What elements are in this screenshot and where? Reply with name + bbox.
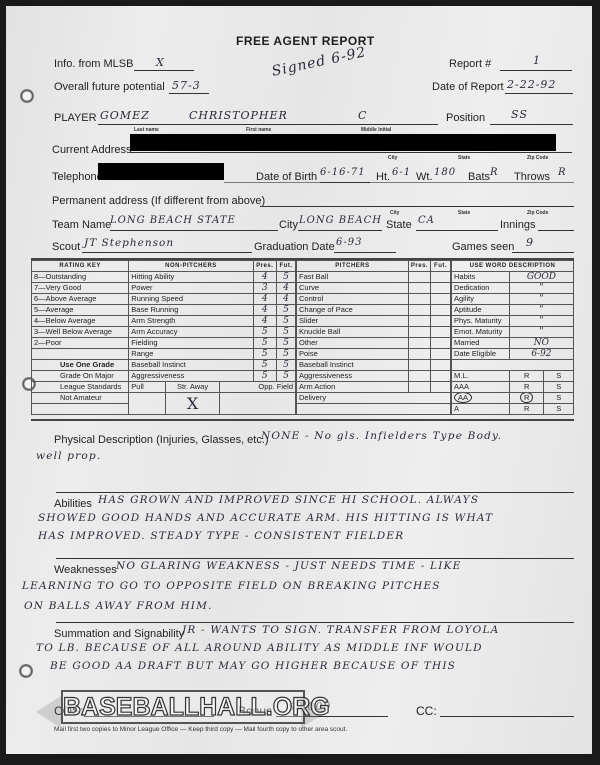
games-seen-label: Games seen (452, 241, 514, 253)
signed-note: Signed 6-92 (270, 44, 367, 80)
state-value: CA (418, 215, 435, 226)
punch-hole (19, 664, 33, 678)
caption-zip: Zip Code (527, 155, 548, 161)
table-row: HabitsGOOD (452, 272, 574, 283)
games-seen-value: 9 (526, 236, 534, 249)
table-bottom-rule (31, 419, 574, 421)
player-middle-initial: C (358, 109, 367, 122)
table-row: Agility" (452, 294, 574, 305)
nonpitchers-table: RATING KEY NON-PITCHERS Pres. Fut. 8—Out… (31, 260, 296, 415)
pull-label: Pull (129, 382, 166, 393)
weaknesses-line: ON BALLS AWAY FROM HIM. (24, 600, 213, 612)
table-row: Range55 (32, 349, 296, 360)
report-number-label: Report # (449, 58, 491, 70)
player-first-name: CHRISTOPHER (189, 109, 288, 122)
team-name-value: LONG BEACH STATE (110, 215, 236, 226)
level-row-circled: AARS (452, 393, 574, 404)
table-row: Control (297, 294, 451, 305)
table-row: MarriedNO (452, 338, 574, 349)
physical-description-label: Physical Description (Injuries, Glasses,… (54, 434, 269, 446)
position-label: Position (446, 112, 485, 124)
report-number-value: 1 (533, 54, 541, 67)
word-description-header: USE WORD DESCRIPTION (452, 261, 574, 272)
table-row: Delivery (297, 393, 451, 404)
table-row: Aptitude" (452, 305, 574, 316)
summation-line: JR - WANTS TO SIGN. TRANSFER FROM LOYOLA (182, 624, 499, 636)
word-description-table: USE WORD DESCRIPTION HabitsGOOD Dedicati… (451, 260, 574, 415)
redaction-telephone (98, 163, 224, 180)
caption-city: City (390, 210, 399, 216)
date-of-report-label: Date of Report (432, 81, 504, 93)
info-mlsb-label: Info. from MLSB (54, 58, 133, 70)
current-address-label: Current Address (52, 144, 131, 156)
level-row: AAARS (452, 382, 574, 393)
redaction-address (130, 134, 556, 151)
overall-potential-label: Overall future potential (54, 81, 165, 93)
table-row (452, 360, 574, 371)
opposite-field-label: Opp. Field (219, 382, 295, 393)
table-row: League Standards Pull Str. Away Opp. Fie… (32, 382, 296, 393)
table-row: Slider (297, 316, 451, 327)
caption-state: State (458, 210, 470, 216)
graduation-label: Graduation Date (254, 241, 335, 253)
weight-value: 180 (434, 167, 456, 178)
punch-hole (20, 89, 34, 103)
table-row: 2—PoorFielding55 (32, 338, 296, 349)
table-row: 6—Above AverageRunning Speed44 (32, 294, 296, 305)
abilities-line: HAS IMPROVED. STEADY TYPE - CONSISTENT F… (38, 530, 404, 542)
telephone-label: Telephone (52, 171, 103, 183)
info-mlsb-value: X (156, 56, 165, 69)
physical-description-line: NONE - No gls. Infielders Type Body. (261, 430, 502, 442)
table-row: Dedication" (452, 283, 574, 294)
table-row: 7—Very GoodPower34 (32, 283, 296, 294)
caption-zip: Zip Code (527, 210, 548, 216)
table-row: Poise (297, 349, 451, 360)
table-row: 5—AverageBase Running45 (32, 305, 296, 316)
pitchers-table: PITCHERS Pres. Fut. Fast Ball Curve Cont… (296, 260, 451, 415)
summation-label: Summation and Signability (54, 628, 184, 640)
weaknesses-label: Weaknesses (54, 564, 117, 576)
table-row: Arm Action (297, 382, 451, 393)
height-value: 6-1 (392, 167, 411, 178)
player-last-name: GOMEZ (100, 109, 150, 122)
table-row: 4—Below AverageArm Strength45 (32, 316, 296, 327)
scout-label: Scout (52, 241, 80, 253)
scouting-report-page: FREE AGENT REPORT Signed 6-92 Info. from… (6, 6, 592, 754)
scout-value: JT Stephenson (84, 237, 174, 249)
caption-city: City (388, 155, 397, 161)
permanent-address-label: Permanent address (If different from abo… (52, 195, 265, 207)
table-row: Other (297, 338, 451, 349)
table-row: Baseball Instinct (297, 360, 451, 371)
table-row: 8—OutstandingHitting Ability45 (32, 272, 296, 283)
table-row: Change of Pace (297, 305, 451, 316)
straight-away-mark: X (166, 393, 220, 415)
watermark-ribbon-left (36, 696, 61, 728)
table-row: 3—Well Below AverageArm Accuracy55 (32, 327, 296, 338)
caption-middle-initial: Middle Initial (361, 127, 391, 133)
table-row: Fast Ball (297, 272, 451, 283)
table-row (297, 404, 451, 415)
caption-state: State (458, 155, 470, 161)
pitchers-header: PITCHERS (297, 261, 409, 272)
player-label: PLAYER (54, 112, 97, 124)
level-row: M.L.RS (452, 371, 574, 382)
cc-label: CC: (416, 704, 437, 718)
abilities-line: HAS GROWN AND IMPROVED SINCE HI SCHOOL. … (98, 494, 479, 506)
table-row: Curve (297, 283, 451, 294)
graduation-value: 6-93 (336, 237, 362, 248)
watermark-logo: BASEBALLHALL.ORG (61, 690, 305, 724)
abilities-label: Abilities (54, 498, 92, 510)
date-of-report-value: 2-22-92 (507, 78, 556, 91)
nonpitchers-header: NON-PITCHERS (129, 261, 253, 272)
position-value: SS (511, 108, 528, 121)
table-row: Grade On MajorAggressiveness55 (32, 371, 296, 382)
summation-line: TO LB. BECAUSE OF ALL AROUND ABILITY AS … (36, 642, 483, 654)
fut-header: Fut. (276, 261, 295, 272)
table-row: Date Eligible6-92 (452, 349, 574, 360)
physical-description-line: well prop. (36, 450, 101, 462)
dob-value: 6-16-71 (320, 167, 366, 178)
weaknesses-line: LEARNING TO GO TO OPPOSITE FIELD ON BREA… (22, 580, 441, 592)
caption-first-name: First name (246, 127, 271, 133)
throws-value: R (558, 167, 567, 178)
state-label: State (386, 219, 412, 231)
summation-line: BE GOOD AA DRAFT BUT MAY GO HIGHER BECAU… (50, 660, 456, 672)
city-value: LONG BEACH (299, 215, 382, 226)
abilities-line: SHOWED GOOD HANDS AND ACCURATE ARM. HIS … (38, 512, 493, 524)
table-row: Phys. Maturity" (452, 316, 574, 327)
table-row: Knuckle Ball (297, 327, 451, 338)
table-row: Aggressiveness (297, 371, 451, 382)
bats-value: R (490, 167, 499, 178)
table-row: Use One GradeBaseball Instinct55 (32, 360, 296, 371)
overall-potential-value: 57-3 (172, 79, 201, 92)
level-row: ARS (452, 404, 574, 415)
rating-key-header: RATING KEY (32, 261, 129, 272)
table-row: Not Amateur X (32, 393, 296, 404)
city-label: City (279, 219, 298, 231)
table-row: Emot. Maturity" (452, 327, 574, 338)
weaknesses-line: NO GLARING WEAKNESS - JUST NEEDS TIME - … (116, 560, 461, 572)
team-name-label: Team Name (52, 219, 111, 231)
innings-label: Innings (500, 219, 535, 231)
straight-away-label: Str. Away (166, 382, 220, 393)
caption-last-name: Last name (134, 127, 159, 133)
pres-header: Pres. (253, 261, 276, 272)
